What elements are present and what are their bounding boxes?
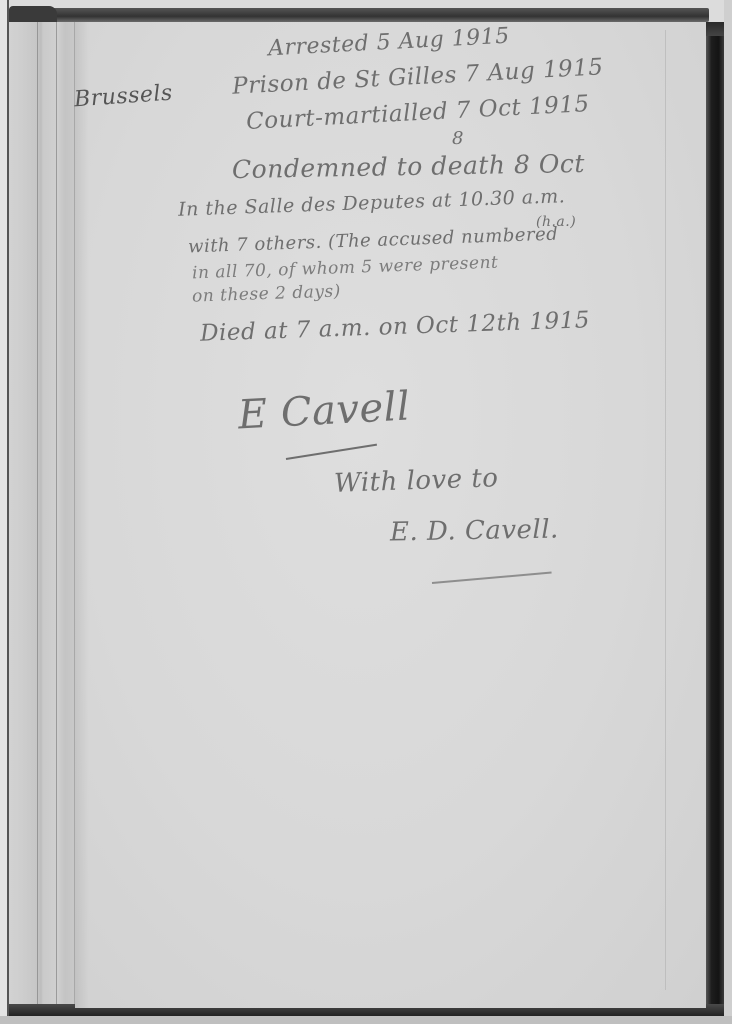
inscription-line: 8: [452, 128, 464, 149]
book-photograph: Brussels Arrested 5 Aug 1915 Prison de S…: [0, 0, 732, 1024]
top-cover-corner: [9, 6, 57, 22]
page-edge-line: [37, 14, 38, 1010]
page-fold-line: [665, 30, 666, 990]
background-bottom: [0, 1016, 732, 1024]
dedication-text: With love to: [334, 463, 499, 499]
page-gutter-shadow: [75, 22, 89, 1008]
inscription-line: Condemned to death 8 Oct: [232, 149, 585, 184]
right-cover-edge: [706, 24, 724, 1016]
background-right: [724, 0, 732, 1024]
dedication-name: E. D. Cavell.: [390, 515, 559, 548]
signature: E Cavell: [237, 384, 411, 439]
top-cover-edge: [9, 8, 709, 22]
page-block-edges: [9, 14, 75, 1010]
page-edge-line: [56, 14, 57, 1010]
